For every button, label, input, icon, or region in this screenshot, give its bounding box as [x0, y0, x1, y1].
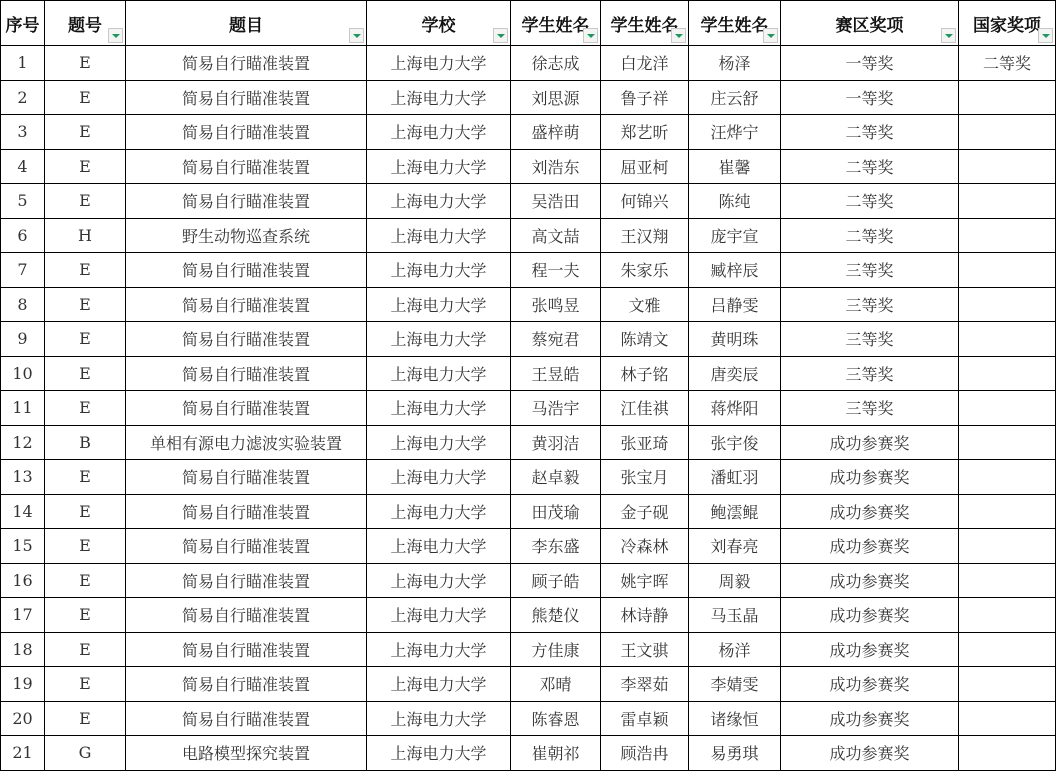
- table-row: 1E简易自行瞄准装置上海电力大学徐志成白龙洋杨泽一等奖二等奖: [1, 46, 1056, 81]
- cell-title[interactable]: 野生动物巡查系统: [126, 218, 367, 253]
- cell-student-2[interactable]: 江佳祺: [601, 391, 689, 426]
- cell-student-1[interactable]: 赵卓毅: [511, 460, 601, 495]
- cell-student-3[interactable]: 臧梓辰: [689, 253, 781, 288]
- table-row: 15E简易自行瞄准装置上海电力大学李东盛冷森林刘春亮成功参赛奖: [1, 529, 1056, 564]
- cell-index[interactable]: 2: [1, 80, 45, 115]
- cell-school[interactable]: 上海电力大学: [367, 598, 511, 633]
- cell-student-2[interactable]: 郑艺昕: [601, 115, 689, 150]
- cell-student-1[interactable]: 黄羽洁: [511, 425, 601, 460]
- cell-regional-award[interactable]: 三等奖: [781, 287, 959, 322]
- cell-school[interactable]: 上海电力大学: [367, 529, 511, 564]
- cell-problem-code[interactable]: E: [45, 287, 126, 322]
- cell-national-award[interactable]: [959, 391, 1056, 426]
- cell-school[interactable]: 上海电力大学: [367, 425, 511, 460]
- cell-regional-award[interactable]: 三等奖: [781, 253, 959, 288]
- column-header-student-1: 学生姓名: [511, 1, 601, 46]
- cell-school[interactable]: 上海电力大学: [367, 322, 511, 357]
- table-body: 1E简易自行瞄准装置上海电力大学徐志成白龙洋杨泽一等奖二等奖2E简易自行瞄准装置…: [1, 46, 1056, 771]
- cell-problem-code[interactable]: E: [45, 253, 126, 288]
- cell-national-award[interactable]: [959, 701, 1056, 736]
- filter-dropdown-icon[interactable]: [763, 28, 778, 43]
- table-row: 5E简易自行瞄准装置上海电力大学吴浩田何锦兴陈纯二等奖: [1, 184, 1056, 219]
- table-row: 6H野生动物巡查系统上海电力大学高文喆王汉翔庞宇宣二等奖: [1, 218, 1056, 253]
- cell-regional-award[interactable]: 二等奖: [781, 218, 959, 253]
- cell-problem-code[interactable]: E: [45, 115, 126, 150]
- cell-student-2[interactable]: 张宝月: [601, 460, 689, 495]
- cell-national-award[interactable]: [959, 529, 1056, 564]
- cell-title[interactable]: 简易自行瞄准装置: [126, 356, 367, 391]
- cell-index[interactable]: 18: [1, 632, 45, 667]
- cell-national-award[interactable]: [959, 322, 1056, 357]
- column-header-index: 序号: [1, 1, 45, 46]
- cell-index[interactable]: 12: [1, 425, 45, 460]
- cell-school[interactable]: 上海电力大学: [367, 391, 511, 426]
- cell-problem-code[interactable]: E: [45, 632, 126, 667]
- cell-school[interactable]: 上海电力大学: [367, 80, 511, 115]
- cell-student-3[interactable]: 陈纯: [689, 184, 781, 219]
- cell-index[interactable]: 20: [1, 701, 45, 736]
- cell-school[interactable]: 上海电力大学: [367, 563, 511, 598]
- cell-student-1[interactable]: 李东盛: [511, 529, 601, 564]
- cell-problem-code[interactable]: E: [45, 563, 126, 598]
- cell-student-2[interactable]: 林诗静: [601, 598, 689, 633]
- cell-index[interactable]: 4: [1, 149, 45, 184]
- cell-school[interactable]: 上海电力大学: [367, 632, 511, 667]
- column-header-label: 学生姓名: [611, 11, 679, 36]
- cell-regional-award[interactable]: 二等奖: [781, 149, 959, 184]
- cell-regional-award[interactable]: 二等奖: [781, 184, 959, 219]
- cell-regional-award[interactable]: 三等奖: [781, 356, 959, 391]
- cell-title[interactable]: 简易自行瞄准装置: [126, 322, 367, 357]
- cell-student-2[interactable]: 雷卓颖: [601, 701, 689, 736]
- awards-table: 序号题号题目学校学生姓名学生姓名学生姓名赛区奖项国家奖项 1E简易自行瞄准装置上…: [0, 0, 1056, 771]
- cell-national-award[interactable]: [959, 494, 1056, 529]
- cell-title[interactable]: 简易自行瞄准装置: [126, 115, 367, 150]
- cell-problem-code[interactable]: E: [45, 667, 126, 702]
- cell-title[interactable]: 简易自行瞄准装置: [126, 184, 367, 219]
- table-row: 14E简易自行瞄准装置上海电力大学田茂瑜金子砚鲍澐鲲成功参赛奖: [1, 494, 1056, 529]
- cell-student-3[interactable]: 马玉晶: [689, 598, 781, 633]
- cell-title[interactable]: 简易自行瞄准装置: [126, 529, 367, 564]
- filter-dropdown-icon[interactable]: [493, 28, 508, 43]
- cell-student-1[interactable]: 张鸣昱: [511, 287, 601, 322]
- cell-national-award[interactable]: [959, 356, 1056, 391]
- table-row: 2E简易自行瞄准装置上海电力大学刘思源鲁子祥庄云舒一等奖: [1, 80, 1056, 115]
- cell-school[interactable]: 上海电力大学: [367, 287, 511, 322]
- cell-national-award[interactable]: [959, 80, 1056, 115]
- cell-student-2[interactable]: 王文骐: [601, 632, 689, 667]
- cell-student-3[interactable]: 杨洋: [689, 632, 781, 667]
- cell-title[interactable]: 简易自行瞄准装置: [126, 494, 367, 529]
- cell-student-3[interactable]: 崔馨: [689, 149, 781, 184]
- table-row: 17E简易自行瞄准装置上海电力大学熊楚仪林诗静马玉晶成功参赛奖: [1, 598, 1056, 633]
- cell-title[interactable]: 简易自行瞄准装置: [126, 460, 367, 495]
- filter-dropdown-icon[interactable]: [671, 28, 686, 43]
- cell-school[interactable]: 上海电力大学: [367, 184, 511, 219]
- cell-student-3[interactable]: 蒋烨阳: [689, 391, 781, 426]
- cell-student-2[interactable]: 朱家乐: [601, 253, 689, 288]
- cell-student-3[interactable]: 易勇琪: [689, 736, 781, 771]
- cell-title[interactable]: 简易自行瞄准装置: [126, 598, 367, 633]
- cell-school[interactable]: 上海电力大学: [367, 46, 511, 81]
- cell-regional-award[interactable]: 成功参赛奖: [781, 494, 959, 529]
- cell-title[interactable]: 简易自行瞄准装置: [126, 46, 367, 81]
- cell-student-2[interactable]: 林子铭: [601, 356, 689, 391]
- cell-national-award[interactable]: [959, 425, 1056, 460]
- cell-student-1[interactable]: 崔朝祁: [511, 736, 601, 771]
- cell-index[interactable]: 13: [1, 460, 45, 495]
- cell-national-award[interactable]: [959, 287, 1056, 322]
- cell-student-3[interactable]: 周毅: [689, 563, 781, 598]
- filter-dropdown-icon[interactable]: [583, 28, 598, 43]
- cell-regional-award[interactable]: 成功参赛奖: [781, 460, 959, 495]
- cell-student-2[interactable]: 陈靖文: [601, 322, 689, 357]
- cell-problem-code[interactable]: E: [45, 701, 126, 736]
- cell-national-award[interactable]: [959, 667, 1056, 702]
- column-header-label: 学生姓名: [522, 11, 590, 36]
- cell-index[interactable]: 16: [1, 563, 45, 598]
- cell-regional-award[interactable]: 成功参赛奖: [781, 667, 959, 702]
- cell-student-3[interactable]: 鲍澐鲲: [689, 494, 781, 529]
- cell-school[interactable]: 上海电力大学: [367, 667, 511, 702]
- cell-problem-code[interactable]: G: [45, 736, 126, 771]
- cell-student-2[interactable]: 金子砚: [601, 494, 689, 529]
- cell-index[interactable]: 11: [1, 391, 45, 426]
- cell-student-2[interactable]: 姚宇晖: [601, 563, 689, 598]
- table-row: 8E简易自行瞄准装置上海电力大学张鸣昱文雅吕静雯三等奖: [1, 287, 1056, 322]
- cell-student-1[interactable]: 刘思源: [511, 80, 601, 115]
- cell-student-3[interactable]: 唐奕辰: [689, 356, 781, 391]
- cell-student-3[interactable]: 张宇俊: [689, 425, 781, 460]
- cell-student-1[interactable]: 刘浩东: [511, 149, 601, 184]
- cell-problem-code[interactable]: E: [45, 149, 126, 184]
- cell-title[interactable]: 单相有源电力滤波实验装置: [126, 425, 367, 460]
- column-header-label: 序号: [6, 11, 40, 36]
- cell-index[interactable]: 1: [1, 46, 45, 81]
- cell-student-1[interactable]: 熊楚仪: [511, 598, 601, 633]
- column-header-label: 赛区奖项: [836, 11, 904, 36]
- cell-index[interactable]: 10: [1, 356, 45, 391]
- cell-student-2[interactable]: 屈亚柯: [601, 149, 689, 184]
- cell-regional-award[interactable]: 成功参赛奖: [781, 563, 959, 598]
- cell-problem-code[interactable]: E: [45, 46, 126, 81]
- cell-student-2[interactable]: 文雅: [601, 287, 689, 322]
- column-header-regional-award: 赛区奖项: [781, 1, 959, 46]
- cell-problem-code[interactable]: E: [45, 460, 126, 495]
- cell-student-1[interactable]: 徐志成: [511, 46, 601, 81]
- cell-national-award[interactable]: [959, 563, 1056, 598]
- cell-regional-award[interactable]: 一等奖: [781, 46, 959, 81]
- table-row: 11E简易自行瞄准装置上海电力大学马浩宇江佳祺蒋烨阳三等奖: [1, 391, 1056, 426]
- table-row: 10E简易自行瞄准装置上海电力大学王昱皓林子铭唐奕辰三等奖: [1, 356, 1056, 391]
- cell-index[interactable]: 5: [1, 184, 45, 219]
- cell-student-1[interactable]: 蔡宛君: [511, 322, 601, 357]
- cell-regional-award[interactable]: 成功参赛奖: [781, 736, 959, 771]
- column-header-national-award: 国家奖项: [959, 1, 1056, 46]
- cell-title[interactable]: 简易自行瞄准装置: [126, 632, 367, 667]
- cell-student-3[interactable]: 潘虹羽: [689, 460, 781, 495]
- cell-student-2[interactable]: 顾浩冉: [601, 736, 689, 771]
- table-row: 18E简易自行瞄准装置上海电力大学方佳康王文骐杨洋成功参赛奖: [1, 632, 1056, 667]
- cell-student-2[interactable]: 白龙洋: [601, 46, 689, 81]
- table-row: 12B单相有源电力滤波实验装置上海电力大学黄羽洁张亚琦张宇俊成功参赛奖: [1, 425, 1056, 460]
- cell-student-1[interactable]: 吴浩田: [511, 184, 601, 219]
- cell-problem-code[interactable]: E: [45, 356, 126, 391]
- column-header-label: 题号: [68, 11, 102, 36]
- cell-problem-code[interactable]: E: [45, 529, 126, 564]
- column-header-problem-code: 题号: [45, 1, 126, 46]
- cell-student-2[interactable]: 张亚琦: [601, 425, 689, 460]
- cell-index[interactable]: 8: [1, 287, 45, 322]
- cell-title[interactable]: 简易自行瞄准装置: [126, 667, 367, 702]
- cell-student-1[interactable]: 程一夫: [511, 253, 601, 288]
- column-header-school: 学校: [367, 1, 511, 46]
- cell-regional-award[interactable]: 二等奖: [781, 115, 959, 150]
- cell-title[interactable]: 简易自行瞄准装置: [126, 80, 367, 115]
- cell-school[interactable]: 上海电力大学: [367, 218, 511, 253]
- column-header-label: 学校: [422, 11, 456, 36]
- cell-regional-award[interactable]: 成功参赛奖: [781, 529, 959, 564]
- cell-problem-code[interactable]: E: [45, 391, 126, 426]
- cell-student-1[interactable]: 盛梓萌: [511, 115, 601, 150]
- cell-student-2[interactable]: 何锦兴: [601, 184, 689, 219]
- column-header-title: 题目: [126, 1, 367, 46]
- cell-problem-code[interactable]: E: [45, 494, 126, 529]
- cell-regional-award[interactable]: 成功参赛奖: [781, 598, 959, 633]
- cell-title[interactable]: 简易自行瞄准装置: [126, 253, 367, 288]
- cell-index[interactable]: 17: [1, 598, 45, 633]
- table-row: 20E简易自行瞄准装置上海电力大学陈睿恩雷卓颖诸缘恒成功参赛奖: [1, 701, 1056, 736]
- table-row: 9E简易自行瞄准装置上海电力大学蔡宛君陈靖文黄明珠三等奖: [1, 322, 1056, 357]
- cell-student-1[interactable]: 顾子皓: [511, 563, 601, 598]
- cell-index[interactable]: 7: [1, 253, 45, 288]
- cell-student-3[interactable]: 庞宇宣: [689, 218, 781, 253]
- cell-school[interactable]: 上海电力大学: [367, 701, 511, 736]
- cell-regional-award[interactable]: 一等奖: [781, 80, 959, 115]
- cell-national-award[interactable]: [959, 736, 1056, 771]
- filter-dropdown-icon[interactable]: [108, 28, 123, 43]
- cell-index[interactable]: 21: [1, 736, 45, 771]
- cell-national-award[interactable]: [959, 253, 1056, 288]
- cell-index[interactable]: 14: [1, 494, 45, 529]
- filter-dropdown-icon[interactable]: [349, 28, 364, 43]
- cell-student-1[interactable]: 马浩宇: [511, 391, 601, 426]
- cell-national-award[interactable]: [959, 184, 1056, 219]
- cell-student-2[interactable]: 鲁子祥: [601, 80, 689, 115]
- cell-title[interactable]: 电路模型探究装置: [126, 736, 367, 771]
- cell-index[interactable]: 19: [1, 667, 45, 702]
- cell-school[interactable]: 上海电力大学: [367, 149, 511, 184]
- table-row: 19E简易自行瞄准装置上海电力大学邓晴李翠茹李婧雯成功参赛奖: [1, 667, 1056, 702]
- cell-student-2[interactable]: 王汉翔: [601, 218, 689, 253]
- cell-index[interactable]: 3: [1, 115, 45, 150]
- cell-title[interactable]: 简易自行瞄准装置: [126, 701, 367, 736]
- filter-dropdown-icon[interactable]: [1038, 28, 1053, 43]
- cell-school[interactable]: 上海电力大学: [367, 356, 511, 391]
- cell-national-award[interactable]: [959, 218, 1056, 253]
- cell-regional-award[interactable]: 成功参赛奖: [781, 701, 959, 736]
- cell-student-1[interactable]: 高文喆: [511, 218, 601, 253]
- table-row: 16E简易自行瞄准装置上海电力大学顾子皓姚宇晖周毅成功参赛奖: [1, 563, 1056, 598]
- cell-national-award[interactable]: [959, 598, 1056, 633]
- cell-index[interactable]: 15: [1, 529, 45, 564]
- cell-problem-code[interactable]: B: [45, 425, 126, 460]
- cell-title[interactable]: 简易自行瞄准装置: [126, 563, 367, 598]
- column-header-label: 国家奖项: [973, 11, 1041, 36]
- cell-title[interactable]: 简易自行瞄准装置: [126, 391, 367, 426]
- cell-title[interactable]: 简易自行瞄准装置: [126, 287, 367, 322]
- cell-student-1[interactable]: 陈睿恩: [511, 701, 601, 736]
- cell-student-1[interactable]: 王昱皓: [511, 356, 601, 391]
- cell-school[interactable]: 上海电力大学: [367, 494, 511, 529]
- cell-regional-award[interactable]: 三等奖: [781, 391, 959, 426]
- cell-problem-code[interactable]: E: [45, 598, 126, 633]
- column-header-label: 学生姓名: [701, 11, 769, 36]
- cell-national-award[interactable]: [959, 632, 1056, 667]
- table-row: 4E简易自行瞄准装置上海电力大学刘浩东屈亚柯崔馨二等奖: [1, 149, 1056, 184]
- cell-student-3[interactable]: 吕静雯: [689, 287, 781, 322]
- header-row: 序号题号题目学校学生姓名学生姓名学生姓名赛区奖项国家奖项: [1, 1, 1056, 46]
- cell-problem-code[interactable]: E: [45, 184, 126, 219]
- cell-student-3[interactable]: 诸缘恒: [689, 701, 781, 736]
- cell-student-3[interactable]: 李婧雯: [689, 667, 781, 702]
- cell-school[interactable]: 上海电力大学: [367, 460, 511, 495]
- cell-problem-code[interactable]: E: [45, 322, 126, 357]
- cell-school[interactable]: 上海电力大学: [367, 115, 511, 150]
- cell-student-3[interactable]: 杨泽: [689, 46, 781, 81]
- cell-problem-code[interactable]: H: [45, 218, 126, 253]
- cell-school[interactable]: 上海电力大学: [367, 253, 511, 288]
- cell-national-award[interactable]: 二等奖: [959, 46, 1056, 81]
- cell-regional-award[interactable]: 三等奖: [781, 322, 959, 357]
- filter-dropdown-icon[interactable]: [941, 28, 956, 43]
- cell-student-1[interactable]: 方佳康: [511, 632, 601, 667]
- cell-national-award[interactable]: [959, 149, 1056, 184]
- cell-student-3[interactable]: 黄明珠: [689, 322, 781, 357]
- table-row: 3E简易自行瞄准装置上海电力大学盛梓萌郑艺昕汪烨宁二等奖: [1, 115, 1056, 150]
- table-row: 7E简易自行瞄准装置上海电力大学程一夫朱家乐臧梓辰三等奖: [1, 253, 1056, 288]
- cell-student-2[interactable]: 冷森林: [601, 529, 689, 564]
- cell-student-3[interactable]: 刘春亮: [689, 529, 781, 564]
- cell-student-3[interactable]: 庄云舒: [689, 80, 781, 115]
- cell-student-1[interactable]: 田茂瑜: [511, 494, 601, 529]
- cell-student-2[interactable]: 李翠茹: [601, 667, 689, 702]
- cell-school[interactable]: 上海电力大学: [367, 736, 511, 771]
- column-header-label: 题目: [229, 11, 263, 36]
- cell-title[interactable]: 简易自行瞄准装置: [126, 149, 367, 184]
- table-row: 21G电路模型探究装置上海电力大学崔朝祁顾浩冉易勇琪成功参赛奖: [1, 736, 1056, 771]
- cell-index[interactable]: 6: [1, 218, 45, 253]
- cell-problem-code[interactable]: E: [45, 80, 126, 115]
- cell-index[interactable]: 9: [1, 322, 45, 357]
- cell-student-1[interactable]: 邓晴: [511, 667, 601, 702]
- table-row: 13E简易自行瞄准装置上海电力大学赵卓毅张宝月潘虹羽成功参赛奖: [1, 460, 1056, 495]
- cell-regional-award[interactable]: 成功参赛奖: [781, 632, 959, 667]
- column-header-student-2: 学生姓名: [601, 1, 689, 46]
- cell-student-3[interactable]: 汪烨宁: [689, 115, 781, 150]
- column-header-student-3: 学生姓名: [689, 1, 781, 46]
- cell-regional-award[interactable]: 成功参赛奖: [781, 425, 959, 460]
- cell-national-award[interactable]: [959, 460, 1056, 495]
- cell-national-award[interactable]: [959, 115, 1056, 150]
